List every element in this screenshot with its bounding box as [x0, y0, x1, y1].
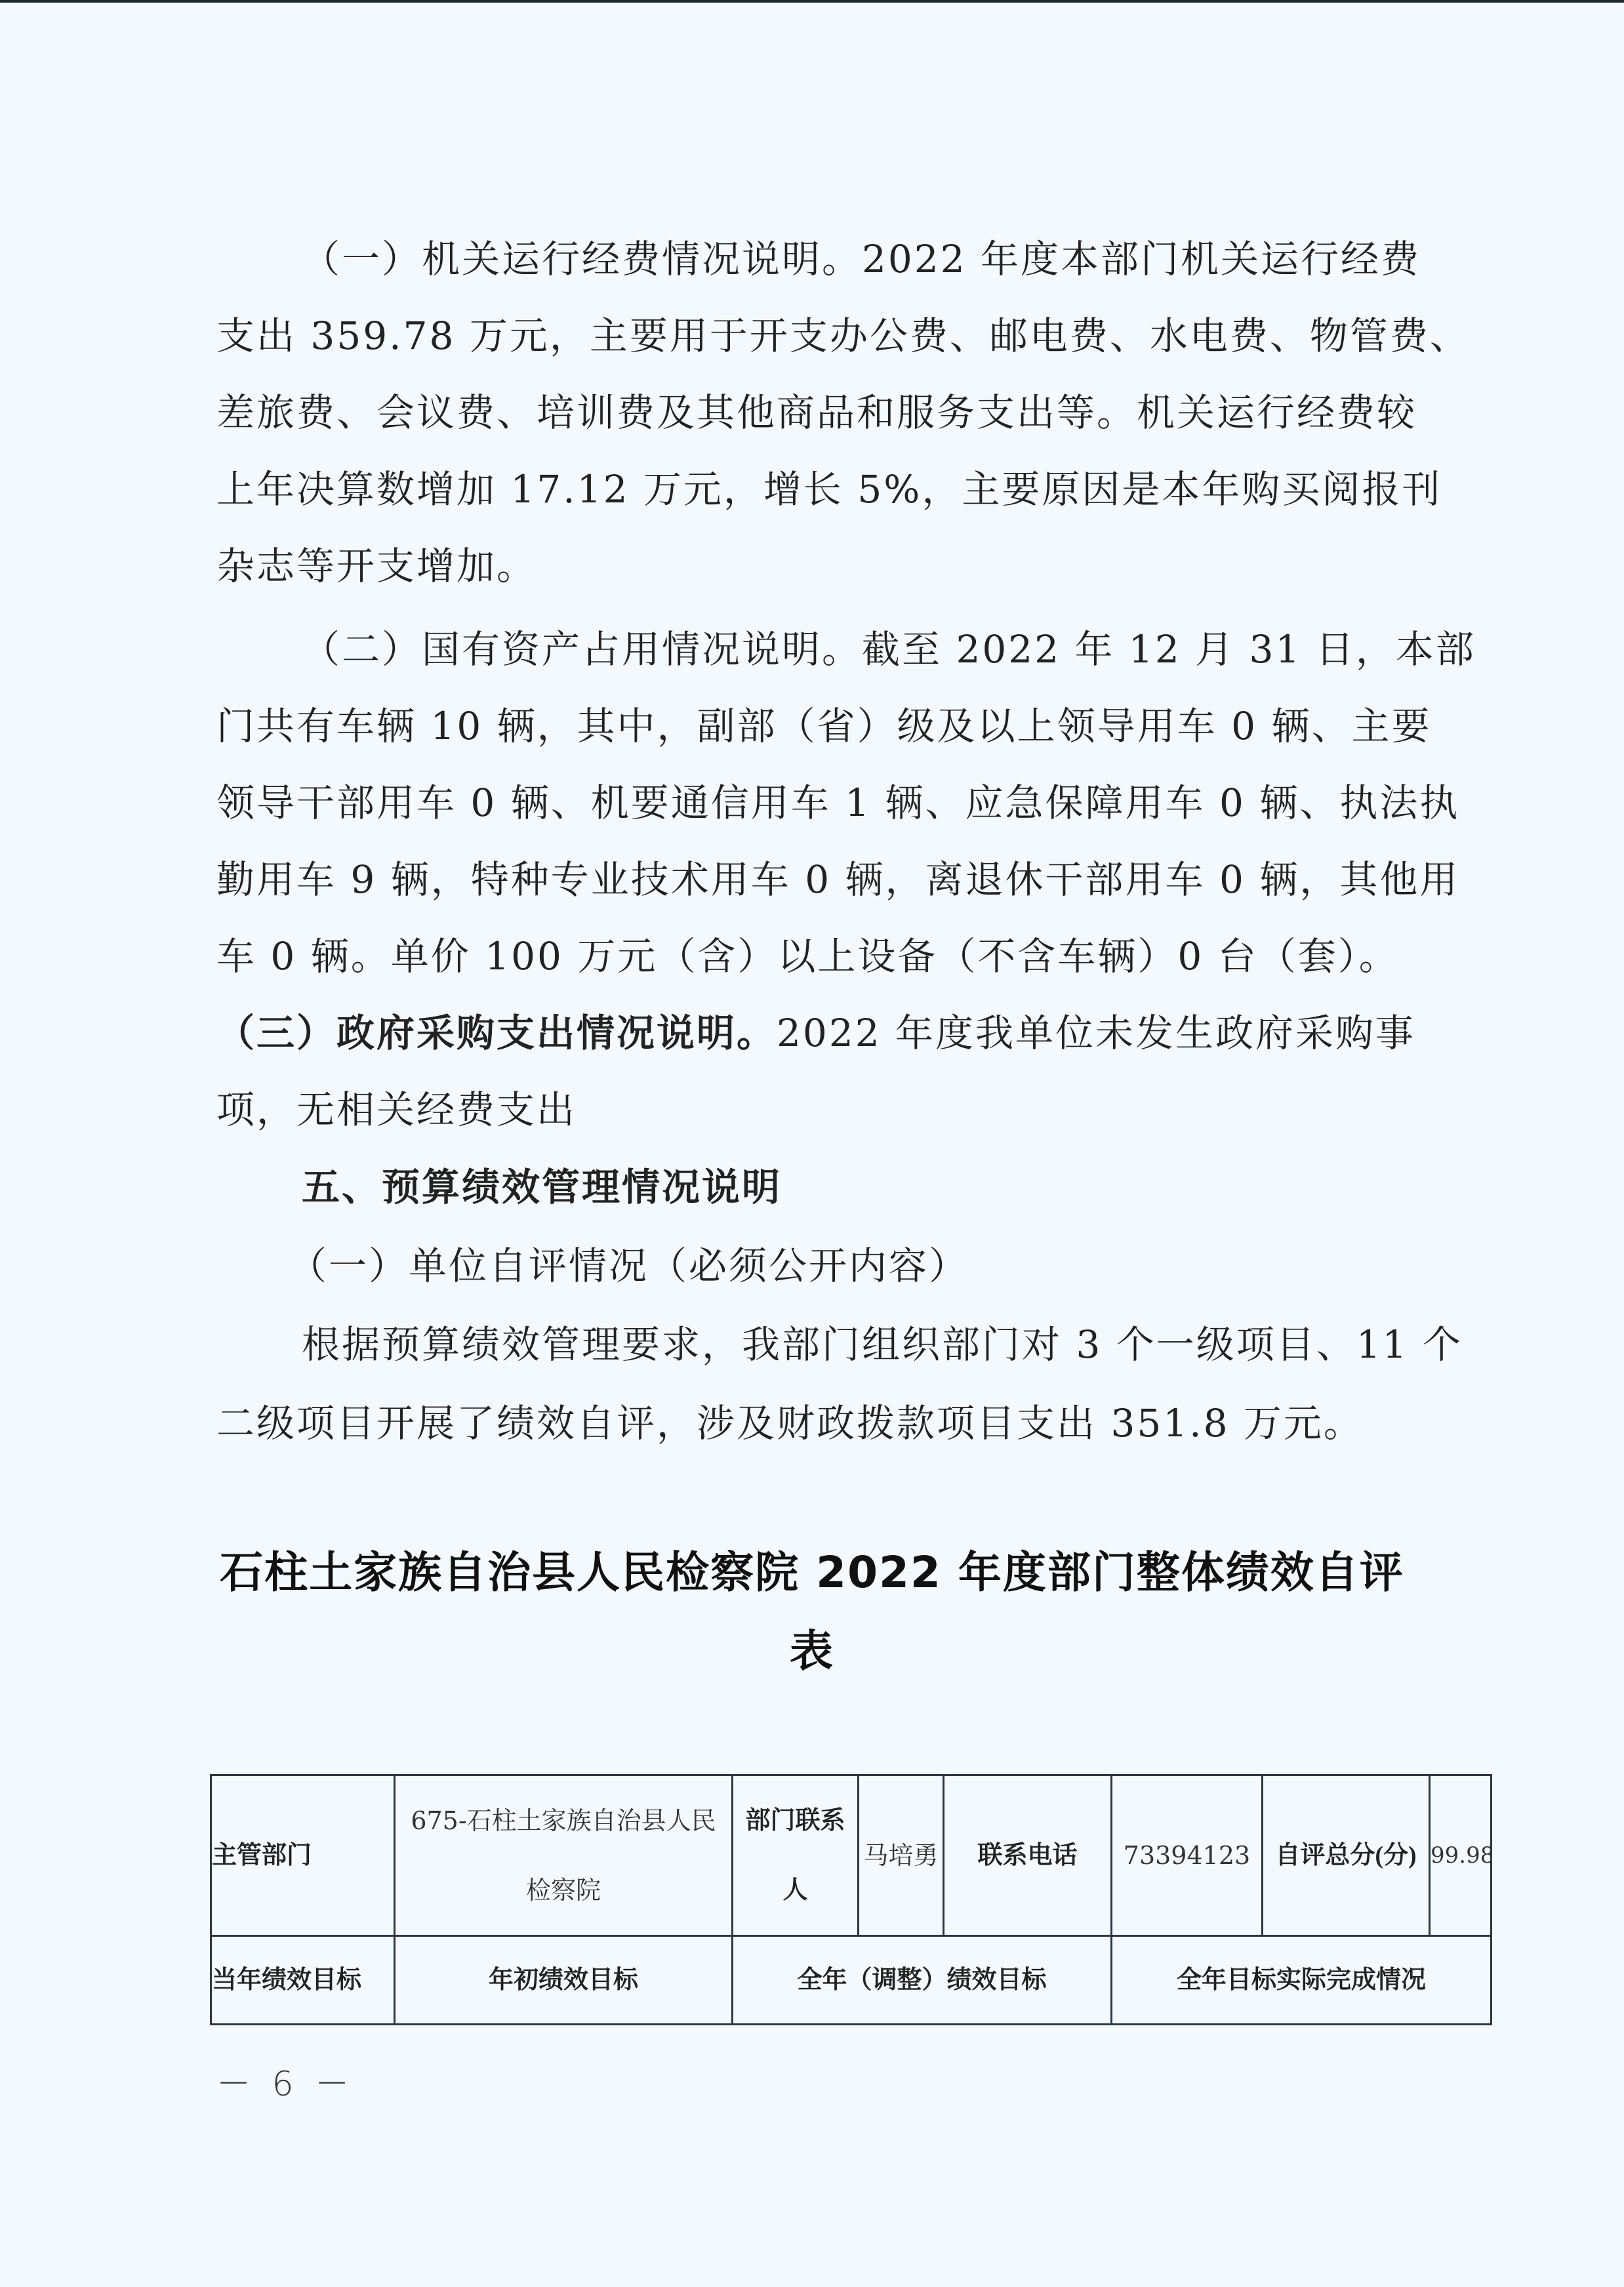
paragraph-line: （一）机关运行经费情况说明。2022 年度本部门机关运行经费: [302, 236, 1421, 282]
paragraph-line: 项，无相关经费支出: [216, 1087, 577, 1133]
score-label: 自评总分(分): [1263, 1775, 1430, 1936]
paragraph-line: 差旅费、会议费、培训费及其他商品和服务支出等。机关运行经费较: [216, 390, 1417, 435]
phone-value: 73394123: [1112, 1775, 1263, 1936]
paragraph-line: 门共有车辆 10 辆，其中，副部（省）级及以上领导用车 0 辆、主要: [216, 703, 1431, 749]
paragraph-line: 上年决算数增加 17.12 万元，增长 5%，主要原因是本年购买阅报刊: [216, 466, 1442, 512]
performance-table: 主管部门 675-石柱土家族自治县人民 检察院 部门联系 人 马培勇 联系电话 …: [210, 1774, 1492, 2025]
paragraph-heading: （三）政府采购支出情况说明。: [216, 1011, 777, 1055]
subsection-heading: （一）单位自评情况（必须公开内容）: [289, 1243, 969, 1289]
section-heading: 五、预算绩效管理情况说明: [302, 1164, 782, 1210]
contact-label-line: 人: [733, 1872, 857, 1909]
dept-value-line: 检察院: [396, 1872, 731, 1909]
paragraph-line: 支出 359.78 万元，主要用于开支办公费、邮电费、水电费、物管费、: [216, 313, 1470, 359]
paragraph-line: 二级项目开展了绩效自评，涉及财政拨款项目支出 351.8 万元。: [216, 1400, 1364, 1446]
paragraph-line: 勤用车 9 辆，特种专业技术用车 0 辆，离退休干部用车 0 辆，其他用: [216, 857, 1459, 902]
table-row: 主管部门 675-石柱土家族自治县人民 检察院 部门联系 人 马培勇 联系电话 …: [211, 1775, 1492, 1936]
paragraph-line: 车 0 辆。单价 100 万元（含）以上设备（不含车辆）0 台（套）。: [216, 933, 1399, 979]
table-title-continued: 表: [0, 1625, 1624, 1678]
contact-label-line: 部门联系: [733, 1802, 857, 1839]
adjusted-goal-header: 全年（调整）绩效目标: [733, 1936, 1112, 2025]
paragraph-line: 领导干部用车 0 辆、机要通信用车 1 辆、应急保障用车 0 辆、执法执: [216, 780, 1459, 826]
contact-value: 马培勇: [859, 1775, 944, 1936]
paragraph-text: 2022 年度我单位未发生政府采购事: [777, 1011, 1415, 1055]
paragraph-line: （二）国有资产占用情况说明。截至 2022 年 12 月 31 日，本部: [302, 626, 1476, 672]
paragraph-line: 杂志等开支增加。: [216, 543, 537, 589]
table-row: 当年绩效目标 年初绩效目标 全年（调整）绩效目标 全年目标实际完成情况: [211, 1936, 1492, 2025]
goal-label: 当年绩效目标: [211, 1936, 395, 2025]
paragraph-line: 根据预算绩效管理要求，我部门组织部门对 3 个一级项目、11 个: [302, 1322, 1463, 1367]
dept-label: 主管部门: [211, 1775, 395, 1936]
document-page: （一）机关运行经费情况说明。2022 年度本部门机关运行经费 支出 359.78…: [0, 0, 1624, 2287]
phone-label: 联系电话: [944, 1775, 1112, 1936]
actual-completion-header: 全年目标实际完成情况: [1112, 1936, 1492, 2025]
score-value: 99.98: [1430, 1775, 1492, 1936]
initial-goal-header: 年初绩效目标: [395, 1936, 733, 2025]
table-title: 石柱土家族自治县人民检察院 2022 年度部门整体绩效自评: [0, 1547, 1624, 1599]
paragraph-line: （三）政府采购支出情况说明。2022 年度我单位未发生政府采购事: [216, 1010, 1415, 1056]
dept-value: 675-石柱土家族自治县人民 检察院: [395, 1775, 733, 1936]
contact-label: 部门联系 人: [733, 1775, 859, 1936]
dept-value-line: 675-石柱土家族自治县人民: [396, 1802, 731, 1839]
page-number: － 6 －: [216, 2056, 354, 2105]
